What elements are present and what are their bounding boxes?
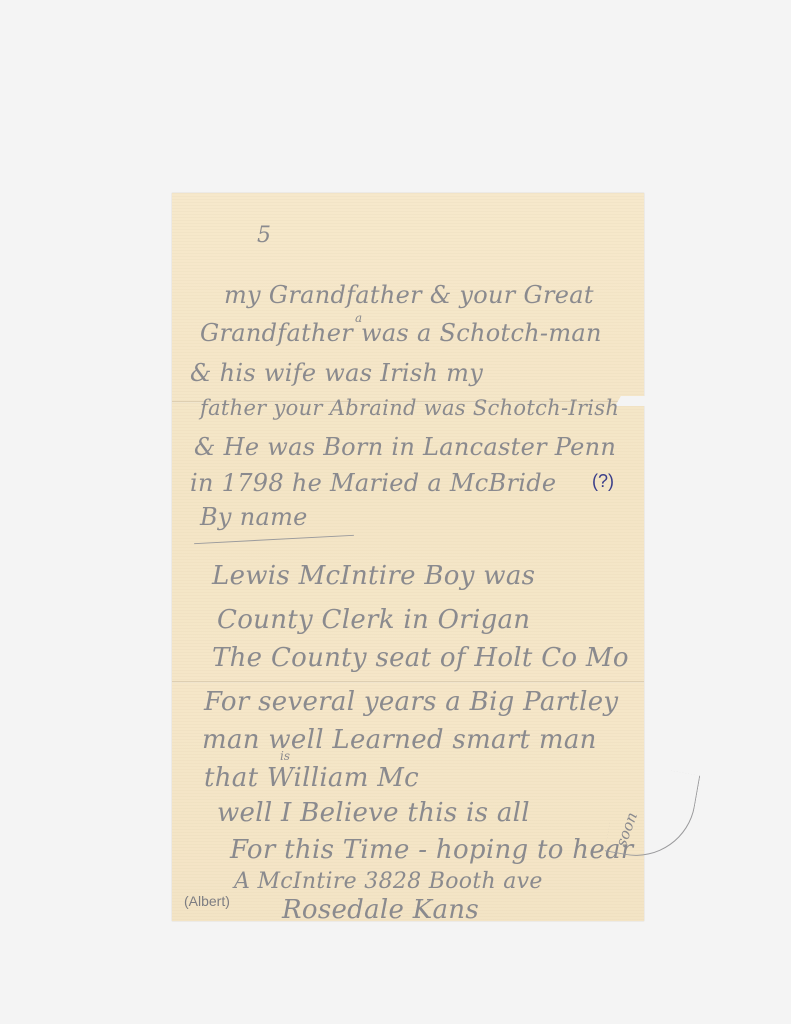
name-annotation: (Albert) [184, 893, 230, 909]
page-number: 5 [257, 223, 271, 248]
letter-line: County Clerk in Origan [217, 605, 530, 635]
insertion-mark: is [280, 749, 290, 763]
section-divider [194, 535, 354, 544]
letter-line: well I Believe this is all [217, 798, 530, 828]
letter-line: Lewis McIntire Boy was [212, 561, 535, 591]
letter-line: man well Learned smart man [202, 725, 597, 755]
query-annotation: (?) [592, 471, 614, 492]
signature-city-line: Rosedale Kans [282, 895, 479, 925]
letter-line: that William Mc [204, 763, 419, 793]
letter-line: & his wife was Irish my [190, 359, 483, 387]
letter-line: For several years a Big Partley [204, 687, 618, 717]
fold-crease [172, 681, 644, 683]
letter-line: my Grandfather & your Great [224, 281, 594, 309]
letter-page: 5 my Grandfather & your Great a Grandfat… [172, 193, 644, 921]
letter-line: By name [200, 503, 308, 531]
scan-background: 5 my Grandfather & your Great a Grandfat… [0, 0, 791, 1024]
letter-line: For this Time - hoping to hear [230, 835, 634, 865]
letter-line: father your Abraind was Schotch-Irish [200, 396, 619, 420]
margin-note-bracket [605, 762, 701, 866]
letter-line: in 1798 he Maried a McBride [190, 469, 556, 497]
torn-edge [615, 396, 651, 406]
letter-line: Grandfather was a Schotch-man [200, 319, 602, 347]
signature-address-line: A McIntire 3828 Booth ave [234, 869, 543, 894]
letter-line: The County seat of Holt Co Mo [212, 643, 629, 673]
letter-line: & He was Born in Lancaster Penn [194, 433, 616, 461]
